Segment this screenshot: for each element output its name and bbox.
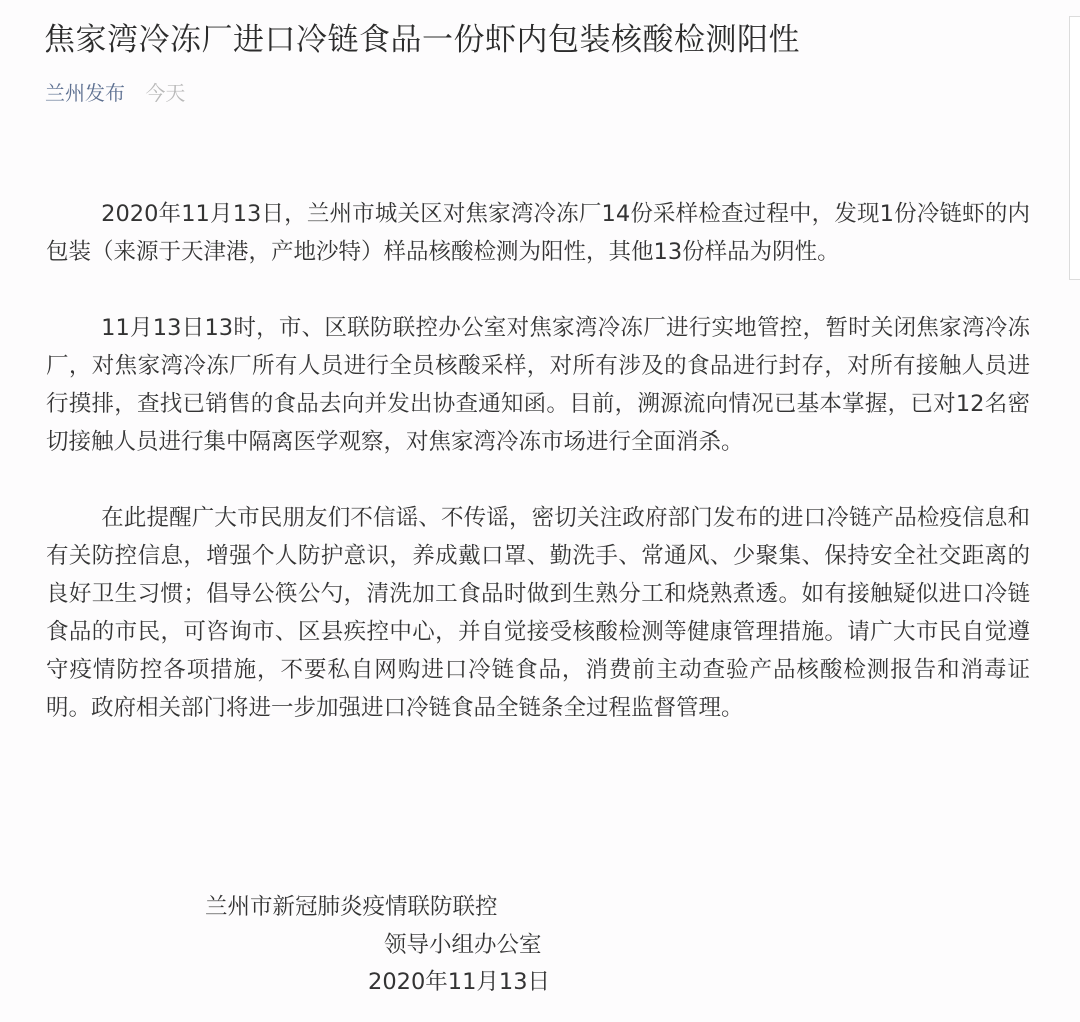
article-meta: 兰州发布 今天 (45, 78, 185, 108)
article-title: 焦家湾冷冻厂进口冷链食品一份虾内包装核酸检测阳性 (44, 18, 800, 62)
publish-date: 今天 (145, 81, 185, 105)
signature-date: 2020年11月13日 (368, 963, 550, 1001)
signature-organization: 兰州市新冠肺炎疫情联防联控 (205, 888, 498, 926)
author-link[interactable]: 兰州发布 (45, 81, 125, 105)
signature-office: 领导小组办公室 (384, 926, 542, 964)
side-panel-edge (1069, 16, 1080, 280)
paragraph-detection-result: 2020年11月13日，兰州市城关区对焦家湾冷冻厂14份采样检查过程中，发现1份… (46, 195, 1030, 271)
paragraph-control-measures: 11月13日13时，市、区联防联控办公室对焦家湾冷冻厂进行实地管控，暂时关闭焦家… (46, 309, 1030, 461)
article-body: 2020年11月13日，兰州市城关区对焦家湾冷冻厂14份采样检查过程中，发现1份… (46, 195, 1030, 765)
paragraph-public-reminder: 在此提醒广大市民朋友们不信谣、不传谣，密切关注政府部门发布的进口冷链产品检疫信息… (46, 499, 1030, 727)
